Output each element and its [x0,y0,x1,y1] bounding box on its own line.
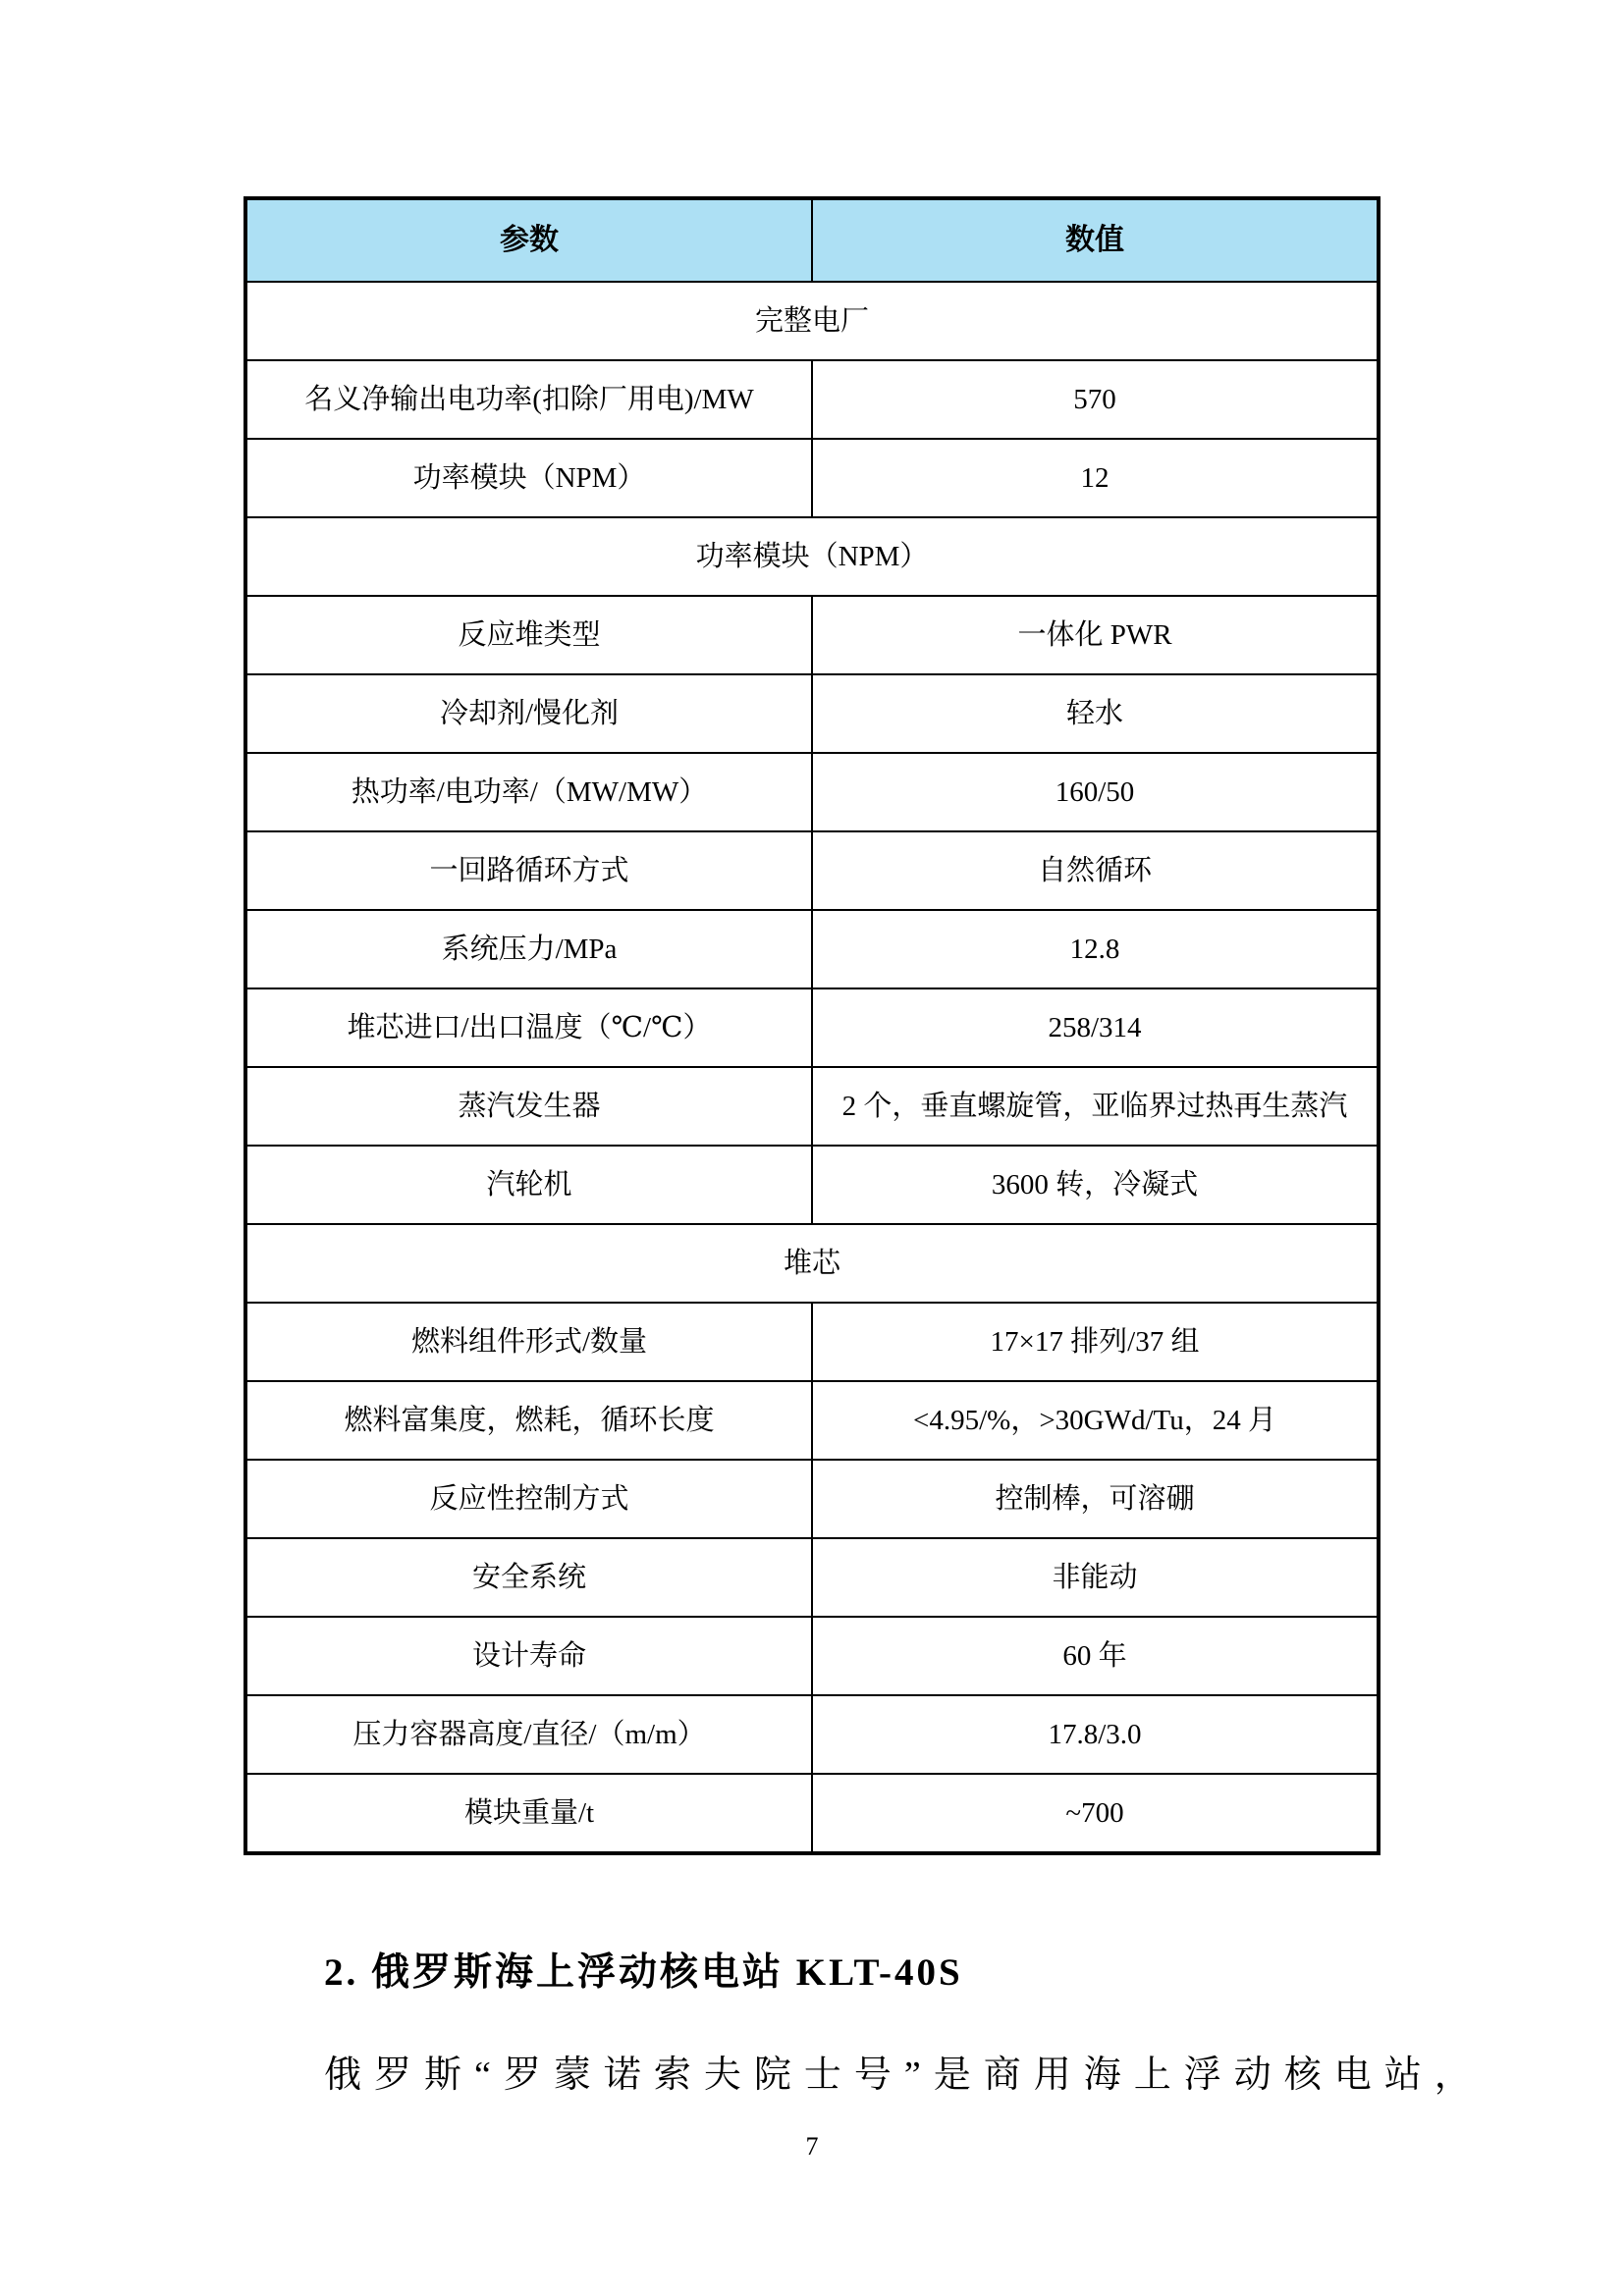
param-cell: 反应性控制方式 [245,1460,812,1538]
value-cell: 控制棒，可溶硼 [812,1460,1379,1538]
table-row: 安全系统非能动 [245,1538,1379,1617]
table-body: 完整电厂名义净输出电功率(扣除厂用电)/MW570功率模块（NPM）12功率模块… [245,282,1379,1853]
param-cell: 一回路循环方式 [245,831,812,910]
value-cell: 非能动 [812,1538,1379,1617]
value-cell: 60 年 [812,1617,1379,1695]
table-row: 系统压力/MPa12.8 [245,910,1379,988]
column-header-value: 数值 [812,198,1379,282]
table-row: 名义净输出电功率(扣除厂用电)/MW570 [245,360,1379,439]
value-cell: 自然循环 [812,831,1379,910]
value-cell: 258/314 [812,988,1379,1067]
value-cell: 17×17 排列/37 组 [812,1303,1379,1381]
param-cell: 热功率/电功率/（MW/MW） [245,753,812,831]
value-cell: 轻水 [812,674,1379,753]
section-label: 完整电厂 [245,282,1379,360]
value-cell: <4.95/%，>30GWd/Tu，24 月 [812,1381,1379,1460]
section-label: 堆芯 [245,1224,1379,1303]
table-row: 一回路循环方式自然循环 [245,831,1379,910]
table-row: 冷却剂/慢化剂轻水 [245,674,1379,753]
value-cell: 570 [812,360,1379,439]
column-header-parameter: 参数 [245,198,812,282]
value-cell: 2 个，垂直螺旋管，亚临界过热再生蒸汽 [812,1067,1379,1146]
value-cell: 12.8 [812,910,1379,988]
table-row: 反应性控制方式控制棒，可溶硼 [245,1460,1379,1538]
section-heading: 2. 俄罗斯海上浮动核电站 KLT-40S [324,1942,963,1997]
param-cell: 堆芯进口/出口温度（℃/℃） [245,988,812,1067]
table-row: 设计寿命60 年 [245,1617,1379,1695]
value-cell: 一体化 PWR [812,596,1379,674]
table-row: 堆芯进口/出口温度（℃/℃）258/314 [245,988,1379,1067]
section-row: 功率模块（NPM） [245,517,1379,596]
table-row: 功率模块（NPM）12 [245,439,1379,517]
param-cell: 功率模块（NPM） [245,439,812,517]
section-row: 堆芯 [245,1224,1379,1303]
param-cell: 燃料富集度，燃耗，循环长度 [245,1381,812,1460]
table-row: 燃料组件形式/数量17×17 排列/37 组 [245,1303,1379,1381]
table-row: 模块重量/t~700 [245,1774,1379,1853]
param-cell: 反应堆类型 [245,596,812,674]
param-cell: 安全系统 [245,1538,812,1617]
table-row: 压力容器高度/直径/（m/m）17.8/3.0 [245,1695,1379,1774]
table-row: 燃料富集度，燃耗，循环长度<4.95/%，>30GWd/Tu，24 月 [245,1381,1379,1460]
page-number: 7 [0,2132,1624,2162]
parameter-table: 参数 数值 完整电厂名义净输出电功率(扣除厂用电)/MW570功率模块（NPM）… [244,196,1380,1855]
param-cell: 系统压力/MPa [245,910,812,988]
table-row: 汽轮机3600 转，冷凝式 [245,1146,1379,1224]
table-header-row: 参数 数值 [245,198,1379,282]
param-cell: 名义净输出电功率(扣除厂用电)/MW [245,360,812,439]
value-cell: 12 [812,439,1379,517]
body-paragraph: 俄罗斯“罗蒙诺索夫院士号”是商用海上浮动核电站， [324,2044,1502,2098]
table-row: 蒸汽发生器2 个，垂直螺旋管，亚临界过热再生蒸汽 [245,1067,1379,1146]
param-cell: 蒸汽发生器 [245,1067,812,1146]
param-cell: 设计寿命 [245,1617,812,1695]
value-cell: 3600 转，冷凝式 [812,1146,1379,1224]
value-cell: 160/50 [812,753,1379,831]
section-row: 完整电厂 [245,282,1379,360]
table-row: 反应堆类型一体化 PWR [245,596,1379,674]
param-cell: 模块重量/t [245,1774,812,1853]
table-row: 热功率/电功率/（MW/MW）160/50 [245,753,1379,831]
value-cell: 17.8/3.0 [812,1695,1379,1774]
param-cell: 压力容器高度/直径/（m/m） [245,1695,812,1774]
param-cell: 冷却剂/慢化剂 [245,674,812,753]
param-cell: 汽轮机 [245,1146,812,1224]
section-label: 功率模块（NPM） [245,517,1379,596]
value-cell: ~700 [812,1774,1379,1853]
param-cell: 燃料组件形式/数量 [245,1303,812,1381]
document-page: 参数 数值 完整电厂名义净输出电功率(扣除厂用电)/MW570功率模块（NPM）… [0,0,1624,2296]
